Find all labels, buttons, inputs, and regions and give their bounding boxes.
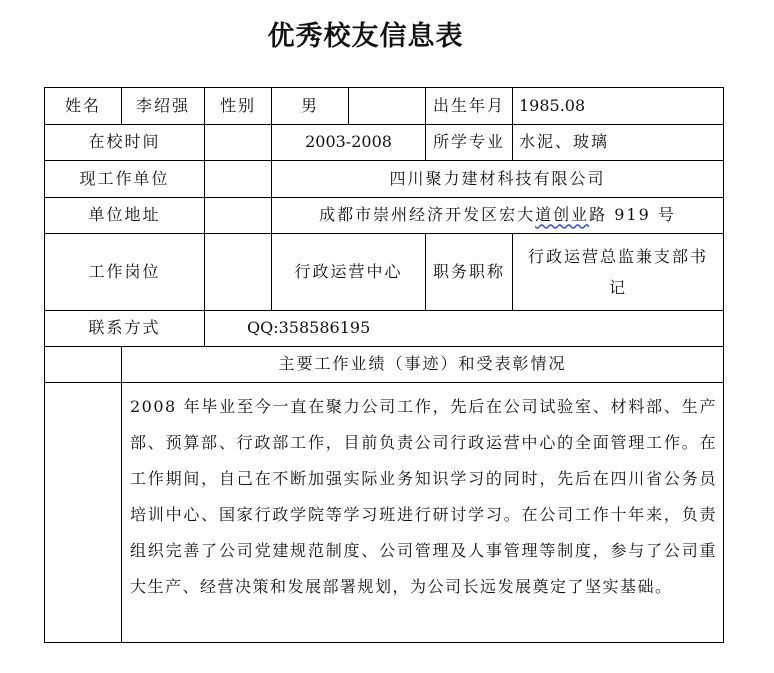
- title-value: 行政运营总监兼支部书记: [512, 233, 724, 311]
- gender-label: 性别: [204, 87, 272, 125]
- address-label: 单位地址: [44, 197, 205, 234]
- major-label: 所学专业: [425, 124, 513, 161]
- contact-label: 联系方式: [44, 310, 205, 347]
- title-label: 职务职称: [425, 233, 513, 311]
- address-part-2: 路 919 号: [589, 200, 676, 230]
- major-value: 水泥、玻璃: [512, 124, 724, 161]
- contact-value: QQ:358586195: [204, 310, 724, 347]
- name-value: 李绍强: [121, 87, 205, 125]
- address-part-underlined: 道创业: [535, 200, 589, 230]
- gender-value: 男: [271, 87, 349, 125]
- employer-label: 现工作单位: [44, 160, 205, 198]
- position-label: 工作岗位: [44, 233, 205, 311]
- employer-value: 四川聚力建材科技有限公司: [271, 160, 724, 198]
- empty-cell: [204, 197, 272, 234]
- birth-label: 出生年月: [425, 87, 513, 125]
- school-time-value: 2003-2008: [271, 124, 426, 161]
- page-title: 优秀校友信息表: [0, 14, 731, 53]
- birth-value: 1985.08: [512, 87, 724, 125]
- empty-cell: [348, 87, 426, 125]
- empty-cell: [204, 160, 272, 198]
- achievements-heading: 主要工作业绩（事迹）和受表彰情况: [121, 346, 724, 383]
- achievements-text: 2008 年毕业至今一直在聚力公司工作，先后在公司试验室、材料部、生产部、预算部…: [121, 382, 724, 643]
- empty-cell: [44, 382, 122, 643]
- empty-cell: [204, 233, 272, 311]
- address-value: 成都市崇州经济开发区宏大道创业路 919 号: [271, 197, 724, 234]
- school-time-label: 在校时间: [44, 124, 205, 161]
- empty-cell: [44, 346, 122, 383]
- name-label: 姓名: [44, 87, 122, 125]
- empty-cell: [204, 124, 272, 161]
- address-part-1: 成都市崇州经济开发区宏大: [319, 200, 535, 230]
- position-value: 行政运营中心: [271, 233, 426, 311]
